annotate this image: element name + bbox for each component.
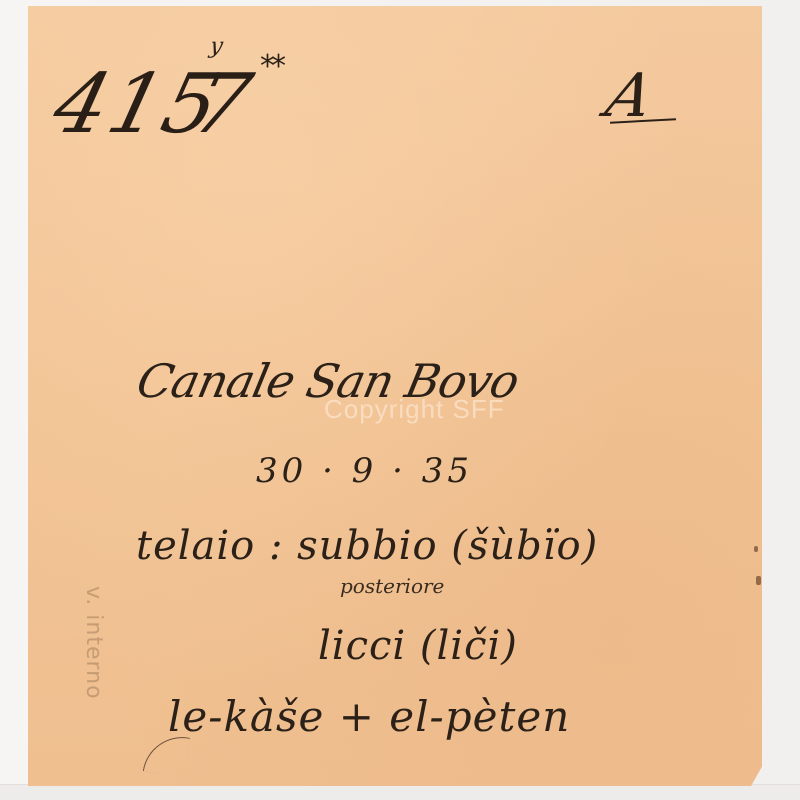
catalog-stars: ** xyxy=(260,52,282,82)
scan-background: 415 y 7 ** A Canale San Bovo Copyright S… xyxy=(0,0,800,800)
ink-speck xyxy=(754,546,758,552)
index-card: 415 y 7 ** A Canale San Bovo Copyright S… xyxy=(28,6,762,786)
entry-telaio-gloss: posteriore xyxy=(340,576,444,596)
date: 30 · 9 · 35 xyxy=(256,454,473,488)
ink-speck xyxy=(756,576,761,585)
copyright-watermark: Copyright SFF xyxy=(324,394,505,425)
stray-pen-mark xyxy=(143,731,190,778)
catalog-superscript-mark: y xyxy=(208,36,224,58)
sheet-letter: A xyxy=(601,66,659,126)
entry-kase-peten: le-kàše + el-pèten xyxy=(168,696,570,738)
backing-sheet xyxy=(0,784,800,800)
entry-telaio: telaio : subbio (šùbïo) xyxy=(136,526,598,566)
margin-pencil-note: v. interno xyxy=(81,586,106,700)
entry-licci: licci (liči) xyxy=(318,626,518,666)
